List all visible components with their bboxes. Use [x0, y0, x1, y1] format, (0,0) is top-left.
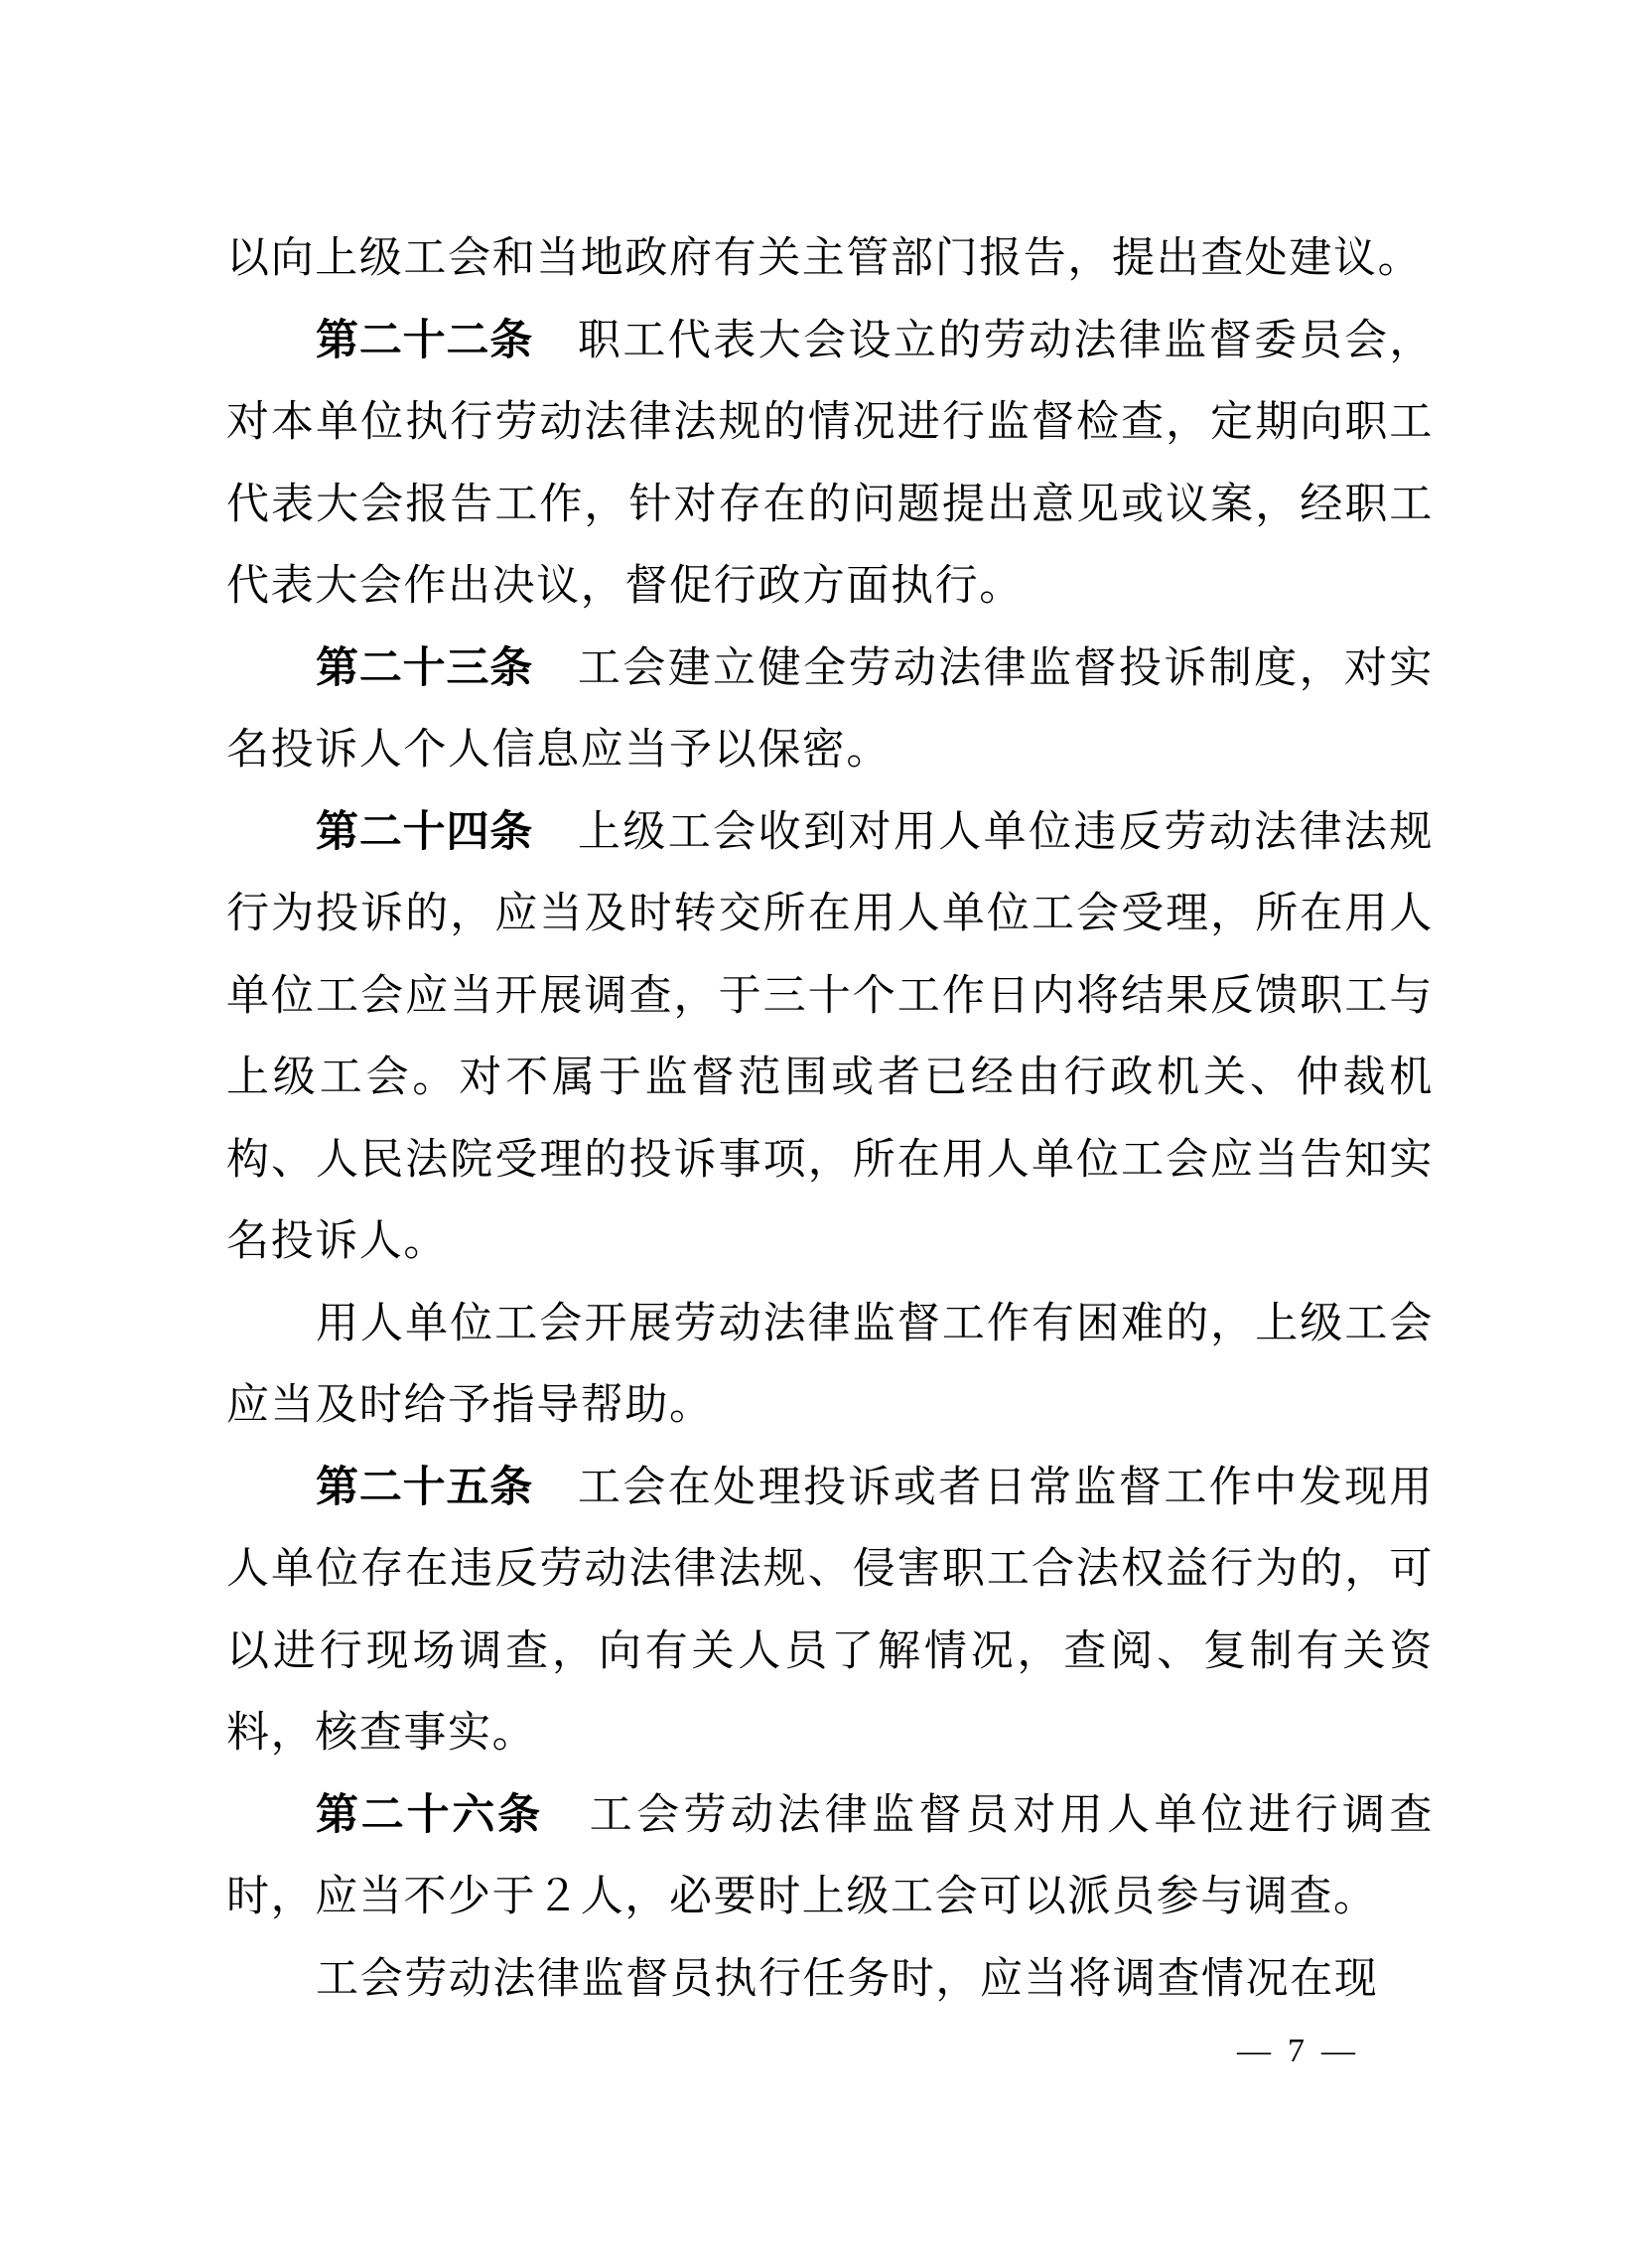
document-page: 以向上级工会和当地政府有关主管部门报告，提出查处建议。 第二十二条职工代表大会设…	[226, 217, 1434, 2020]
article-heading: 第二十二条	[316, 316, 533, 365]
article-22: 第二十二条职工代表大会设立的劳动法律监督委员会，对本单位执行劳动法律法规的情况进…	[226, 300, 1434, 628]
paragraph-continuation: 以向上级工会和当地政府有关主管部门报告，提出查处建议。	[226, 217, 1434, 300]
paragraph-text: 以向上级工会和当地政府有关主管部门报告，提出查处建议。	[226, 233, 1422, 283]
article-25: 第二十五条工会在处理投诉或者日常监督工作中发现用人单位存在违反劳动法律法规、侵害…	[226, 1447, 1434, 1774]
article-23: 第二十三条工会建立健全劳动法律监督投诉制度，对实名投诉人个人信息应当予以保密。	[226, 628, 1434, 791]
paragraph-body: 用人单位工会开展劳动法律监督工作有困难的，上级工会应当及时给予指导帮助。	[226, 1283, 1434, 1447]
article-text: 上级工会收到对用人单位违反劳动法律法规行为投诉的，应当及时转交所在用人单位工会受…	[226, 807, 1434, 1267]
article-24: 第二十四条上级工会收到对用人单位违反劳动法律法规行为投诉的，应当及时转交所在用人…	[226, 791, 1434, 1283]
article-heading: 第二十三条	[316, 643, 533, 693]
article-heading: 第二十六条	[316, 1790, 543, 1840]
article-26: 第二十六条工会劳动法律监督员对用人单位进行调查时，应当不少于２人，必要时上级工会…	[226, 1774, 1434, 1938]
paragraph-body: 工会劳动法律监督员执行任务时，应当将调查情况在现	[226, 1938, 1434, 2021]
article-heading: 第二十五条	[316, 1463, 533, 1512]
page-number: — 7 —	[1237, 2032, 1355, 2071]
paragraph-text: 用人单位工会开展劳动法律监督工作有困难的，上级工会应当及时给予指导帮助。	[226, 1299, 1434, 1431]
article-heading: 第二十四条	[316, 807, 533, 857]
paragraph-text: 工会劳动法律监督员执行任务时，应当将调查情况在现	[316, 1954, 1378, 2004]
